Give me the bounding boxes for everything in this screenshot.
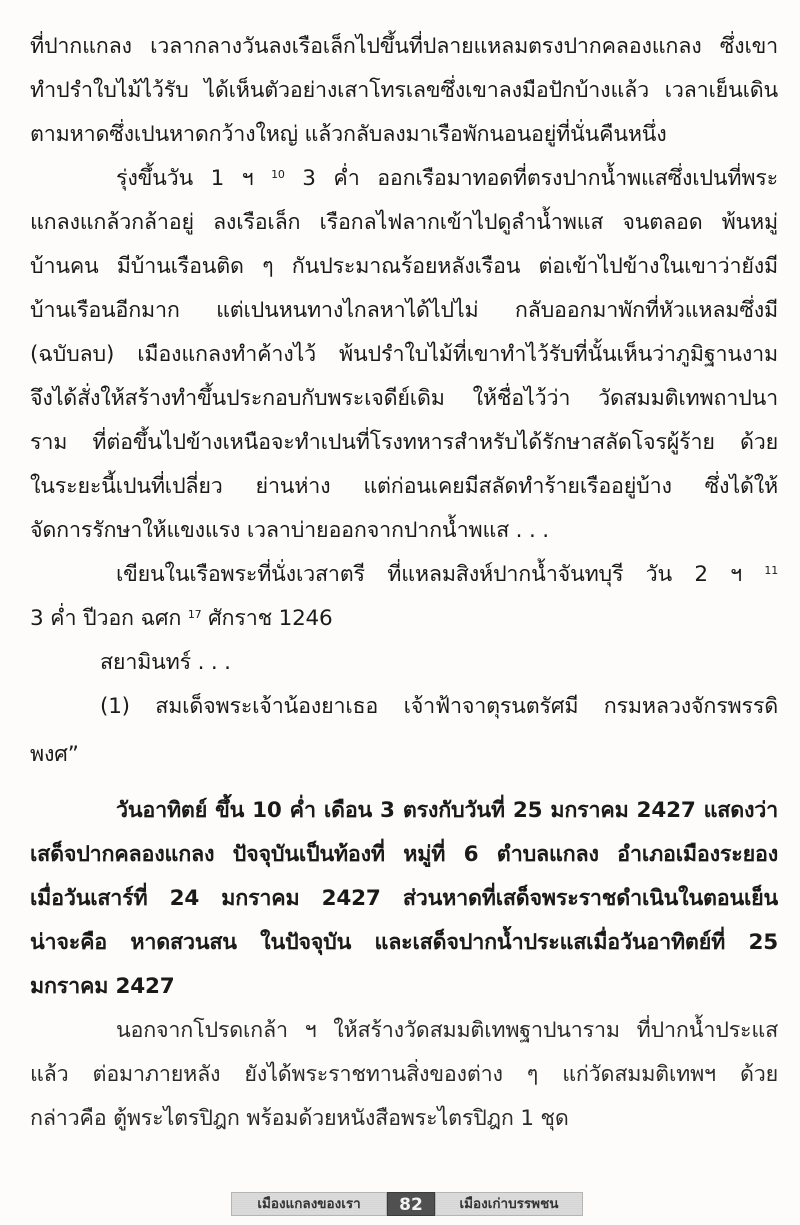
footnote-line: พงศ” <box>30 740 778 770</box>
text-line: เสด็จปากคลองแกลง ปัจจุบันเป็นท้องที่ หมู… <box>30 840 778 870</box>
footnote-line: (1) สมเด็จพระเจ้าน้องยาเธอ เจ้าฟ้าจาตุรน… <box>30 692 778 722</box>
text-line: ในระยะนี้เปนที่เปลี่ยว ย่านห่าง แต่ก่อนเ… <box>30 472 778 502</box>
footer-subtitle: เมืองเก่าบรรพชน <box>435 1192 583 1216</box>
text-line: มกราคม 2427 <box>30 972 778 1002</box>
text-line: จัดการรักษาให้แขงแรง เวลาบ่ายออกจากปากน้… <box>30 516 778 546</box>
text-line: รุ่งขึ้นวัน 1 ฯ 10 3 ค่ำ ออกเรือมาทอดที่… <box>30 164 778 194</box>
text-line: เมื่อวันเสาร์ที่ 24 มกราคม 2427 ส่วนหาดท… <box>30 884 778 914</box>
text-line: นอกจากโปรดเกล้า ฯ ให้สร้างวัดสมมติเทพฐาป… <box>30 1016 778 1046</box>
text-line: กล่าวคือ ตู้พระไตรปิฎก พร้อมด้วยหนังสือพ… <box>30 1104 778 1134</box>
superscript: 17 <box>188 608 202 621</box>
superscript: 10 <box>271 168 285 181</box>
signature-line: สยามินทร์ . . . <box>30 648 778 678</box>
page-number: 82 <box>387 1192 435 1216</box>
text-line: วันอาทิตย์ ขึ้น 10 ค่ำ เดือน 3 ตรงกับวัน… <box>30 796 778 826</box>
text-line: ราม ที่ต่อขึ้นไปข้างเหนือจะทำเปนที่โรงทห… <box>30 428 778 458</box>
text-line: 3 ค่ำ ปีวอก ฉศก 17 ศักราช 1246 <box>30 604 778 634</box>
text-line: บ้านคน มีบ้านเรือนติด ๆ กันประมาณร้อยหลั… <box>30 252 778 282</box>
text-line: บ้านเรือนอีกมาก แต่เปนหนทางไกลหาได้ไปไม่… <box>30 296 778 326</box>
text-line: ตามหาดซึ่งเปนหาดกว้างใหญ่ แล้วกลับลงมาเร… <box>30 120 778 150</box>
superscript: 11 <box>764 564 778 577</box>
text-line: แล้ว ต่อมาภายหลัง ยังได้พระราชทานสิ่งของ… <box>30 1060 778 1090</box>
text-line: น่าจะคือ หาดสวนสน ในปัจจุบัน และเสด็จปาก… <box>30 928 778 958</box>
text-line: ที่ปากแกลง เวลากลางวันลงเรือเล็กไปขึ้นที… <box>30 32 778 62</box>
footer-book-title: เมืองแกลงของเรา <box>231 1192 387 1216</box>
text-line: (ฉบับลบ) เมืองแกลงทำค้างไว้ พ้นปรำใบไม้ท… <box>30 340 778 370</box>
text-line: เขียนในเรือพระที่นั่งเวสาตรี ที่แหลมสิงห… <box>30 560 778 590</box>
page-footer: เมืองแกลงของเรา 82 เมืองเก่าบรรพชน <box>231 1192 583 1216</box>
text-line: ทำปรำใบไม้ไว้รับ ได้เห็นตัวอย่างเสาโทรเล… <box>30 76 778 106</box>
text-line: จึงได้สั่งให้สร้างทำขึ้นประกอบกับพระเจดี… <box>30 384 778 414</box>
text-line: แกลงแกล้วกล้าอยู่ ลงเรือเล็ก เรือกลไฟลาก… <box>30 208 778 238</box>
